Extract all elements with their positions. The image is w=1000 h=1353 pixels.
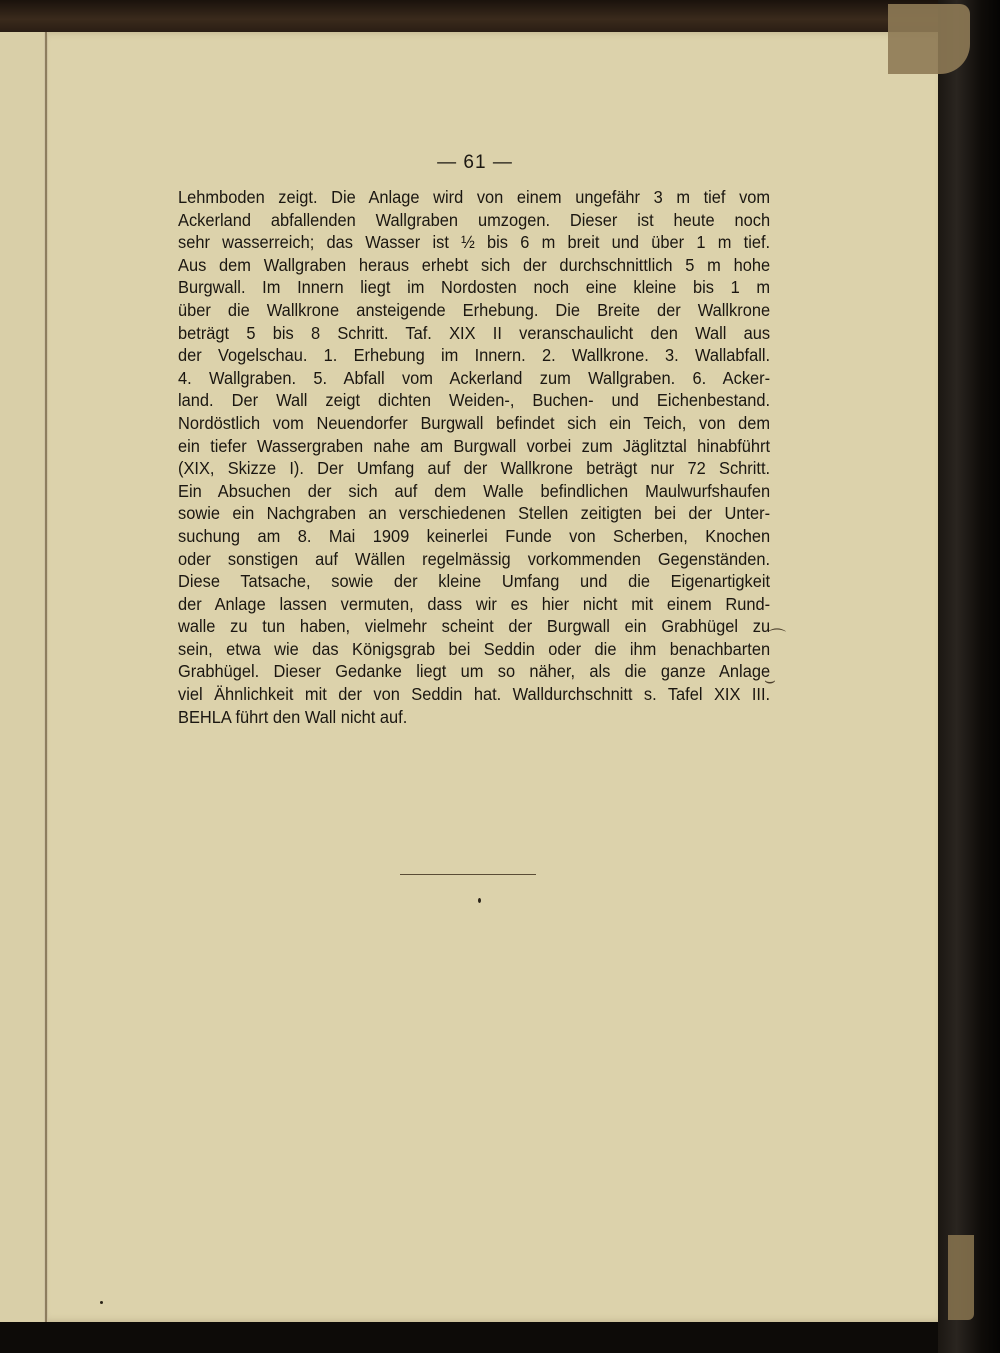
text-line: Burgwall. Im Innern liegt im Nordosten n… [178, 276, 770, 299]
book-binding-right [938, 0, 1000, 1353]
book-binding-top [0, 0, 1000, 32]
text-line: ein tiefer Wassergraben nahe am Burgwall… [178, 435, 770, 458]
text-line: der Anlage lassen vermuten, dass wir es … [178, 593, 770, 616]
left-page-edge [0, 32, 46, 1322]
text-line: sein, etwa wie das Königsgrab bei Seddin… [178, 638, 770, 661]
text-line: oder sonstigen auf Wällen regelmässig vo… [178, 548, 770, 571]
paper-speck [478, 898, 481, 903]
text-line: walle zu tun haben, vielmehr scheint der… [178, 615, 770, 638]
section-divider [400, 874, 536, 875]
text-line: beträgt 5 bis 8 Schritt. Taf. XIX II ver… [178, 322, 770, 345]
pencil-bracket-mark: ⌣ [764, 670, 776, 691]
text-line: sehr wasserreich; das Wasser ist ½ bis 6… [178, 231, 770, 254]
text-line: Ackerland abfallenden Wallgraben umzogen… [178, 209, 770, 232]
text-line: land. Der Wall zeigt dichten Weiden-, Bu… [178, 389, 770, 412]
text-line: 4. Wallgraben. 5. Abfall vom Ackerland z… [178, 367, 770, 390]
body-paragraph: Lehmboden zeigt. Die Anlage wird von ein… [178, 186, 770, 728]
page-number: — 61 — [380, 152, 570, 174]
text-line: (XIX, Skizze I). Der Umfang auf der Wall… [178, 457, 770, 480]
text-line: der Vogelschau. 1. Erhebung im Innern. 2… [178, 344, 770, 367]
text-line: suchung am 8. Mai 1909 keinerlei Funde v… [178, 525, 770, 548]
text-line: Ein Absuchen der sich auf dem Walle befi… [178, 480, 770, 503]
text-line: viel Ähnlichkeit mit der von Seddin hat.… [178, 683, 770, 706]
text-line: über die Wallkrone ansteigende Erhebung.… [178, 299, 770, 322]
cover-corner-bottom [948, 1235, 974, 1320]
text-line: BEHLA führt den Wall nicht auf. [178, 706, 770, 729]
text-line: Nordöstlich vom Neuendorfer Burgwall bef… [178, 412, 770, 435]
text-line: Lehmboden zeigt. Die Anlage wird von ein… [178, 186, 770, 209]
cover-corner-top [888, 4, 970, 74]
pencil-bracket-mark: ⌒ [768, 624, 786, 650]
text-line: Aus dem Wallgraben heraus erhebt sich de… [178, 254, 770, 277]
text-line: Grabhügel. Dieser Gedanke liegt um so nä… [178, 660, 770, 683]
text-line: sowie ein Nachgraben an verschiedenen St… [178, 502, 770, 525]
paper-speck [100, 1301, 103, 1304]
text-line: Diese Tatsache, sowie der kleine Umfang … [178, 570, 770, 593]
